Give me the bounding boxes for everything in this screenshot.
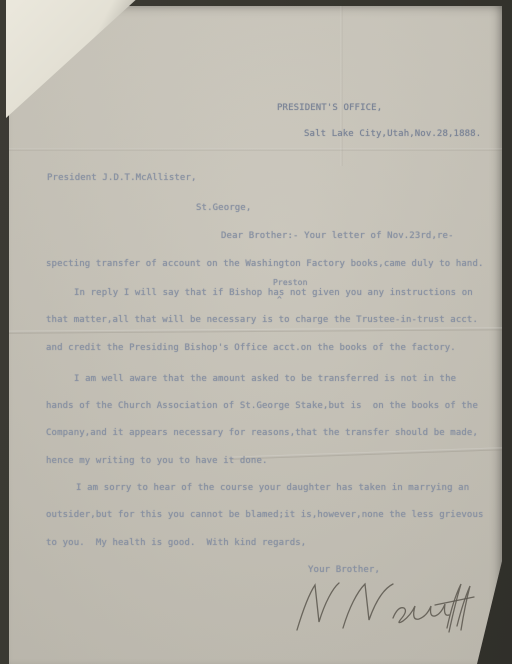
scanned-letter-photo: PRESIDENT'S OFFICE, Salt Lake City,Utah,… — [0, 0, 512, 664]
body-line: In reply I will say that if Bishop has n… — [74, 288, 473, 299]
body-line: that matter,all that will be necessary i… — [46, 315, 478, 326]
body-line: I am well aware that the amount asked to… — [74, 374, 456, 385]
recipient-line: President J.D.T.McAllister, — [47, 173, 197, 184]
body-line: outsider,but for this you cannot be blam… — [46, 510, 484, 521]
closing-line: Your Brother, — [308, 565, 380, 576]
dateline: Salt Lake City,Utah,Nov.28,1888. — [304, 129, 481, 140]
insertion-word: Preston — [273, 278, 308, 288]
salutation-line: Dear Brother:- Your letter of Nov.23rd,r… — [221, 231, 454, 242]
letterhead-office: PRESIDENT'S OFFICE, — [277, 103, 382, 114]
body-line: to you. My health is good. With kind reg… — [46, 538, 306, 549]
body-line: hands of the Church Association of St.Ge… — [46, 401, 478, 412]
body-line: and credit the Presiding Bishop's Office… — [46, 343, 456, 354]
body-line: specting transfer of account on the Wash… — [46, 259, 484, 270]
body-line: hence my writing to you to have it done. — [46, 456, 268, 467]
place-line: St.George, — [196, 203, 251, 214]
insertion-caret-icon: ^ — [277, 295, 282, 305]
typewritten-text: PRESIDENT'S OFFICE, Salt Lake City,Utah,… — [0, 0, 512, 664]
signature — [295, 578, 475, 640]
body-line: I am sorry to hear of the course your da… — [76, 483, 469, 494]
body-line: Company,and it appears necessary for rea… — [46, 428, 478, 439]
